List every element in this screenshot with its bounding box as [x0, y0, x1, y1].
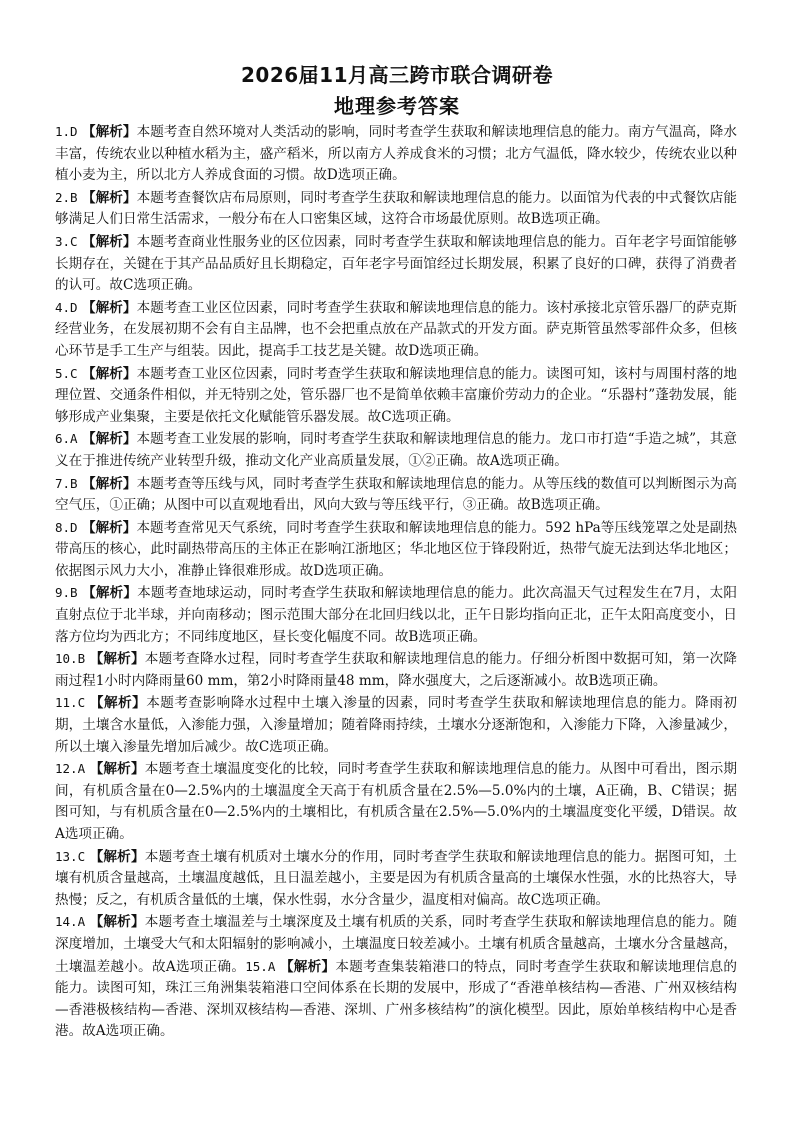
- answer-number: 13.C: [55, 849, 85, 864]
- answer-item-5: 5.C 【解析】本题考查工业区位因素，同时考查学生获取和解读地理信息的能力。读图…: [55, 363, 737, 429]
- answer-item-14-15: 14.A 【解析】本题考查土壤温差与土壤深度及土壤有机质的关系，同时考查学生获取…: [55, 911, 737, 1043]
- answer-item-2: 2.B 【解析】本题考查餐饮店布局原则，同时考查学生获取和解读地理信息的能力。以…: [55, 187, 737, 231]
- document-title: 2026届11月高三跨市联合调研卷: [0, 62, 794, 88]
- analysis-tag: 【解析】: [82, 431, 137, 447]
- answer-text: 本题考查等压线与风，同时考查学生获取和解读地理信息的能力。从等压线的数值可以判断…: [55, 476, 737, 514]
- analysis-tag: 【解析】: [90, 651, 145, 667]
- document-subtitle: 地理参考答案: [0, 93, 794, 119]
- answer-number: 7.B: [55, 476, 78, 491]
- answer-item-9: 9.B 【解析】本题考查地球运动，同时考查学生获取和解读地理信息的能力。此次高温…: [55, 582, 737, 648]
- answer-item-4: 4.D 【解析】本题考查工业区位因素，同时考查学生获取和解读地理信息的能力。该村…: [55, 297, 737, 363]
- analysis-tag: 【解析】: [82, 300, 137, 316]
- answer-number: 6.A: [55, 431, 78, 446]
- answer-item-13: 13.C 【解析】本题考查土壤有机质对土壤水分的作用，同时考查学生获取和解读地理…: [55, 846, 737, 912]
- answer-text: 本题考查常见天气系统，同时考查学生获取和解读地理信息的能力。592 hPa等压线…: [55, 520, 737, 579]
- answer-number: 4.D: [55, 300, 78, 315]
- answer-number: 14.A: [55, 914, 85, 929]
- answer-text: 本题考查工业区位因素，同时考查学生获取和解读地理信息的能力。该村承接北京管乐器厂…: [55, 300, 737, 359]
- answer-list: 1.D 【解析】本题考查自然环境对人类活动的影响，同时考查学生获取和解读地理信息…: [55, 121, 737, 1043]
- document-page: 2026届11月高三跨市联合调研卷 地理参考答案 1.D 【解析】本题考查自然环…: [0, 0, 794, 1123]
- analysis-tag: 【解析】: [90, 914, 145, 930]
- answer-number: 11.C: [55, 695, 85, 710]
- analysis-tag: 【解析】: [82, 234, 137, 250]
- answer-text: 本题考查商业性服务业的区位因素，同时考查学生获取和解读地理信息的能力。百年老字号…: [55, 234, 737, 293]
- analysis-tag: 【解析】: [280, 959, 335, 975]
- analysis-tag: 【解析】: [90, 761, 145, 777]
- answer-number: 5.C: [55, 366, 78, 381]
- answer-text: 本题考查自然环境对人类活动的影响，同时考查学生获取和解读地理信息的能力。南方气温…: [55, 124, 737, 183]
- answer-number: 15.A: [245, 959, 275, 974]
- analysis-tag: 【解析】: [90, 695, 146, 711]
- answer-item-7: 7.B 【解析】本题考查等压线与风，同时考查学生获取和解读地理信息的能力。从等压…: [55, 473, 737, 517]
- answer-text: 本题考查降水过程，同时考查学生获取和解读地理信息的能力。仔细分析图中数据可知，第…: [55, 651, 737, 689]
- answer-item-8: 8.D 【解析】本题考查常见天气系统，同时考查学生获取和解读地理信息的能力。59…: [55, 517, 737, 583]
- analysis-tag: 【解析】: [90, 849, 145, 865]
- answer-text: 本题考查土壤温度变化的比较，同时考查学生获取和解读地理信息的能力。从图中可看出，…: [55, 761, 737, 842]
- analysis-tag: 【解析】: [82, 124, 137, 140]
- answer-text: 本题考查地球运动，同时考查学生获取和解读地理信息的能力。此次高温天气过程发生在7…: [55, 585, 737, 644]
- answer-number: 10.B: [55, 651, 85, 666]
- answer-number: 1.D: [55, 124, 78, 139]
- answer-text: 本题考查工业区位因素，同时考查学生获取和解读地理信息的能力。读图可知，该村与周围…: [55, 366, 737, 425]
- answer-item-3: 3.C 【解析】本题考查商业性服务业的区位因素，同时考查学生获取和解读地理信息的…: [55, 231, 737, 297]
- answer-item-12: 12.A 【解析】本题考查土壤温度变化的比较，同时考查学生获取和解读地理信息的能…: [55, 758, 737, 845]
- answer-number: 9.B: [55, 585, 78, 600]
- answer-number: 2.B: [55, 190, 78, 205]
- answer-number: 8.D: [55, 520, 78, 535]
- analysis-tag: 【解析】: [82, 585, 137, 601]
- answer-item-6: 6.A 【解析】本题考查工业发展的影响，同时考查学生获取和解读地理信息的能力。龙…: [55, 428, 737, 472]
- analysis-tag: 【解析】: [82, 366, 137, 382]
- answer-text: 本题考查影响降水过程中土壤入渗量的因素，同时考查学生获取和解读地理信息的能力。降…: [55, 695, 737, 754]
- answer-text: 本题考查餐饮店布局原则，同时考查学生获取和解读地理信息的能力。以面馆为代表的中式…: [55, 190, 737, 228]
- answer-number: 12.A: [55, 761, 85, 776]
- answer-item-11: 11.C 【解析】本题考查影响降水过程中土壤入渗量的因素，同时考查学生获取和解读…: [55, 692, 737, 758]
- answer-item-10: 10.B 【解析】本题考查降水过程，同时考查学生获取和解读地理信息的能力。仔细分…: [55, 648, 737, 692]
- analysis-tag: 【解析】: [82, 476, 137, 492]
- answer-text: 本题考查工业发展的影响，同时考查学生获取和解读地理信息的能力。龙口市打造“手造之…: [55, 431, 737, 469]
- answer-number: 3.C: [55, 234, 78, 249]
- answer-text: 本题考查土壤有机质对土壤水分的作用，同时考查学生获取和解读地理信息的能力。据图可…: [55, 849, 737, 908]
- analysis-tag: 【解析】: [82, 190, 137, 206]
- answer-item-1: 1.D 【解析】本题考查自然环境对人类活动的影响，同时考查学生获取和解读地理信息…: [55, 121, 737, 187]
- analysis-tag: 【解析】: [82, 520, 137, 536]
